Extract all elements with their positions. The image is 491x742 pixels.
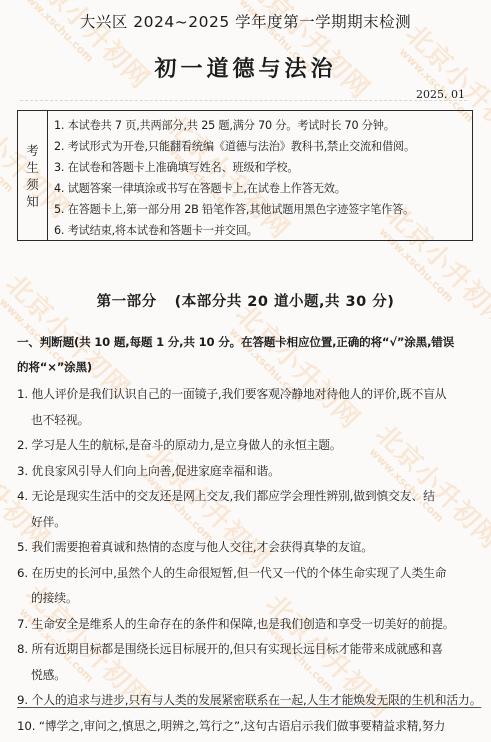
question-item: 4. 无论是现实生活中的交友还是网上交友,我们都应学会理性辨别,做到慎交友、结好… [17,484,482,535]
question-item: 10. “博学之,审问之,慎思之,明辨之,笃行之”,这句古语启示我们做事要精益求… [17,714,482,740]
question-item: 7. 生命安全是维系人的生命存在的条件和保障,也是我们创造和享受一切美好的前提。 [17,612,482,638]
question-item: 6. 在历史的长河中,虽然个人的生命很短暂,但一代又一代的个体生命实现了人类生命… [17,561,482,612]
notice-item: 6. 考试结束,将本试卷和答题卡一并交回。 [54,220,472,241]
notice-item: 2. 考试形式为开卷,只能翻看统编《道德与法治》教科书,禁止交流和借阅。 [54,136,472,157]
part-title: 第一部分 [97,294,157,310]
notice-item: 1. 本试卷共 7 页,共两部分,共 25 题,满分 70 分。考试时长 70 … [54,115,472,136]
part-heading: 第一部分(本部分共 20 道小题,共 30 分) [0,290,491,311]
question-list: 1. 他人评价是我们认识自己的一面镜子,我们要客观冷静地对待他人的评价,既不盲从… [17,382,482,739]
question-item: 1. 他人评价是我们认识自己的一面镜子,我们要客观冷静地对待他人的评价,既不盲从… [17,382,482,433]
section-instruction: 一、判断题(共 10 题,每题 1 分,共 10 分。在答题卡相应位置,正确的将… [17,330,477,380]
part-subtitle: (本部分共 20 道小题,共 30 分) [175,294,395,310]
notice-list: 1. 本试卷共 7 页,共两部分,共 25 题,满分 70 分。考试时长 70 … [48,111,472,240]
question-item: 2. 学习是人生的航标,是奋斗的原动力,是立身做人的永恒主题。 [17,433,482,459]
question-item: 3. 优良家风引导人们向上向善,促进家庭幸福和谐。 [17,459,482,485]
student-notice-box: 考 生 须 知 1. 本试卷共 7 页,共两部分,共 25 题,满分 70 分。… [17,110,473,241]
question-item: 9. 个人的追求与进步,只有与人类的发展紧密联系在一起,人生才能焕发无限的生机和… [17,688,482,714]
exam-title: 大兴区 2024~2025 学年度第一学期期末检测 [0,10,491,32]
notice-label: 考 生 须 知 [18,111,48,240]
question-item: 5. 我们需要抱着真诚和热情的态度与他人交往,才会获得真挚的友谊。 [17,535,482,561]
question-item: 8. 所有近期目标都是围绕长远目标展开的,但只有实现长远目标才能带来成就感和喜悦… [17,637,482,688]
notice-item: 5. 在答题卡上,第一部分用 2B 铅笔作答,其他试题用黑色字迹签字笔作答。 [54,199,472,220]
notice-item: 3. 在试卷和答题卡上准确填写姓名、班级和学校。 [54,157,472,178]
notice-item: 4. 试题答案一律填涂或书写在答题卡上,在试卷上作答无效。 [54,178,472,199]
header-divider [20,100,467,101]
subject-title: 初一道德与法治 [0,52,491,83]
